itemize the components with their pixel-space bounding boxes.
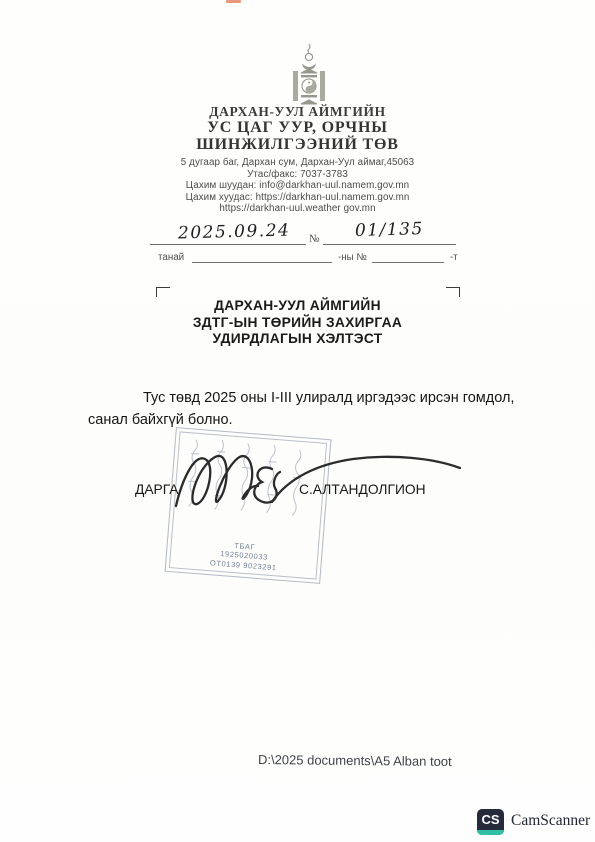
your-ref-underline — [192, 244, 332, 263]
org-name-line3: ШИНЖИЛГЭЭНИЙ ТӨВ — [0, 136, 595, 154]
org-address: 5 дугаар баг, Дархан сум, Дархан-Уул айм… — [0, 157, 595, 168]
camscanner-badge-teal-strip — [477, 830, 504, 835]
camscanner-wordmark: CamScanner — [511, 812, 590, 830]
letter-body: Тус төвд 2025 оны I-III улиралд иргэдээс… — [88, 388, 520, 431]
recipient-line3: УДИРДЛАГЫН ХЭЛТЭСТ — [0, 331, 595, 348]
your-ref-label: танай — [158, 252, 184, 263]
org-email: Цахим шуудан: info@darkhan-uul.namem.gov… — [0, 180, 595, 191]
handwritten-date: 2025.09.24 — [178, 221, 291, 244]
corner-bracket-left — [156, 287, 170, 297]
scan-artifact-mark — [226, 0, 241, 3]
signer-name: С.АЛТАНДОЛГИОН — [299, 482, 426, 497]
footer-file-path: D:\2025 documents\A5 Alban toot — [258, 752, 452, 769]
recipient-line1: ДАРХАН-УУЛ АЙМГИЙН — [0, 298, 595, 315]
your-ref-suffix: -т — [450, 252, 458, 263]
org-website-2: https://darkhan-uul.weather gov.mn — [0, 203, 595, 214]
handwritten-number: 01/135 — [355, 219, 424, 241]
camscanner-badge-text: CS — [477, 812, 504, 827]
scanned-letter-page: ДАРХАН-УУЛ АЙМГИЙН УС ЦАГ УУР, ОРЧНЫ ШИН… — [0, 0, 595, 842]
corner-bracket-right — [446, 287, 460, 297]
org-phone: Утас/факс: 7037-3783 — [0, 169, 595, 180]
org-name-line2: УС ЦАГ УУР, ОРЧНЫ — [0, 119, 595, 137]
org-website-1: Цахим хуудас: https://darkhan-uul.namem.… — [0, 192, 595, 203]
recipient-line2: ЗДТГ-ЫН ТӨРИЙН ЗАХИРГАА — [0, 315, 595, 332]
your-ref-number-underline — [372, 244, 444, 263]
your-ref-no-label: -ны № — [338, 252, 367, 263]
org-name-line1: ДАРХАН-УУЛ АЙМГИЙН — [0, 104, 595, 120]
soyombo-emblem-icon — [286, 43, 332, 112]
camscanner-logo-icon: CS — [477, 809, 504, 835]
